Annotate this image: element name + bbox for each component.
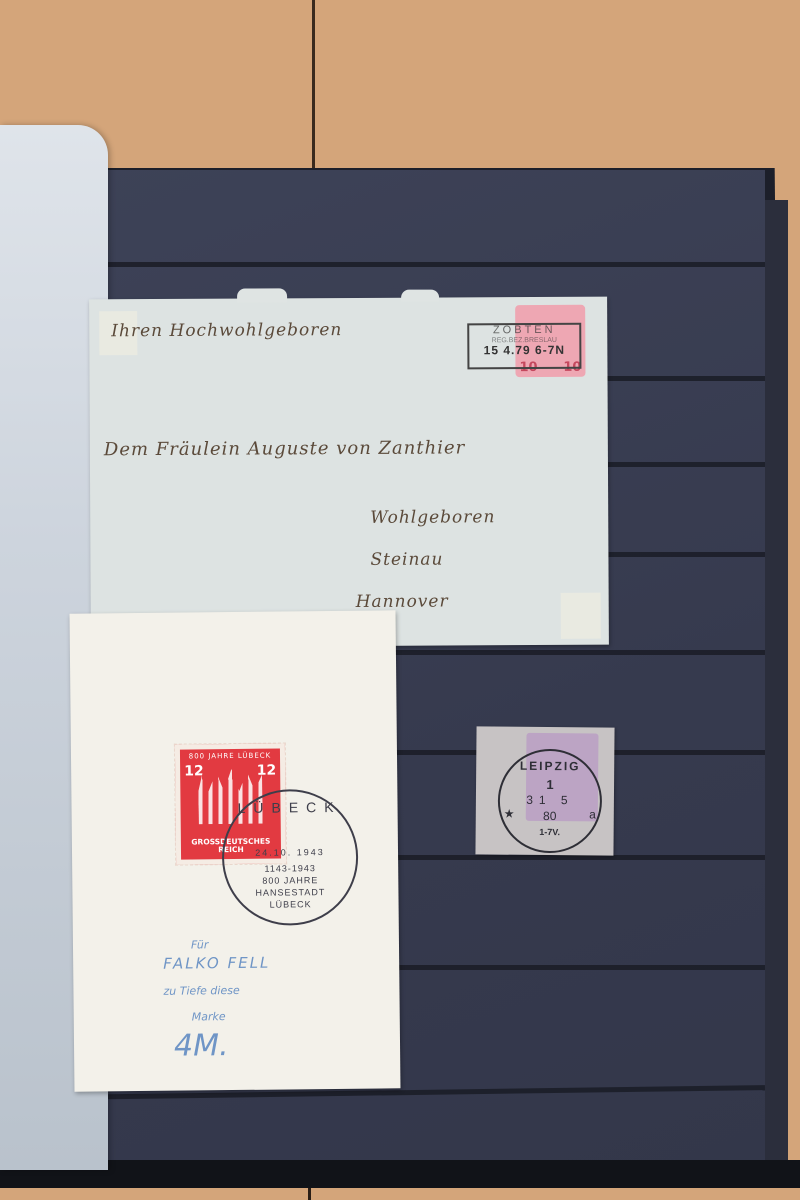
cancel-number: 1	[500, 777, 600, 793]
envelope-flap	[237, 288, 287, 302]
stamp-top-text: 800 JAHRE LÜBECK	[180, 752, 280, 761]
handwritten-note: FALKO FELL	[163, 954, 270, 973]
cancel-town: LEIPZIG	[500, 759, 600, 774]
star-icon: ★	[504, 807, 515, 821]
cancel-hours: 1-7V.	[500, 827, 600, 838]
cancel-district: REG.BEZ.BRESLAU	[469, 336, 579, 344]
souvenir-card[interactable]: 800 JAHRE LÜBECK 12 12 GROSSDEUTSCHES RE…	[70, 610, 401, 1091]
cancel-text: HANSESTADT	[224, 887, 356, 898]
handwritten-price: 4M.	[174, 1028, 229, 1064]
cancel-date: 15 4.79 6-7N	[469, 344, 579, 357]
cancel-town: ZOBTEN	[469, 325, 579, 337]
handwritten-note: Marke	[192, 1010, 226, 1023]
address-line: Hannover	[356, 591, 449, 611]
cancel-date: 24.10. 1943	[224, 847, 356, 858]
address-line: Dem Fräulein Auguste von Zanthier	[104, 437, 465, 460]
address-line: Wohlgeboren	[370, 507, 495, 528]
stamp-value: 12	[257, 763, 277, 779]
cancel-text: 800 JAHRE	[224, 875, 356, 886]
album-binding	[0, 1160, 800, 1188]
cancel-arc: LÜBECK	[223, 799, 355, 816]
address-line: Steinau	[370, 550, 443, 570]
handwritten-note: zu Tiefe diese	[163, 984, 239, 998]
envelope[interactable]: 10 10 ZOBTEN REG.BEZ.BRESLAU 15 4.79 6-7…	[89, 297, 609, 648]
cancel-year: 80	[500, 809, 600, 824]
cancel-text: LÜBECK	[225, 899, 357, 910]
leipzig-cancel: LEIPZIG 1 31 5 80 1-7V. ★ a	[497, 749, 602, 854]
cancel-date: 31 5	[500, 793, 600, 808]
hinge-corner	[561, 593, 601, 639]
box-cancel: ZOBTEN REG.BEZ.BRESLAU 15 4.79 6-7N	[467, 323, 581, 370]
handwritten-note: Für	[191, 938, 209, 951]
address-line: Ihren Hochwohlgeboren	[111, 320, 342, 341]
stamp-value: 12	[184, 763, 204, 779]
table-seam	[312, 0, 315, 175]
commemorative-cancel: LÜBECK 24.10. 1943 1143-1943 800 JAHRE H…	[221, 789, 358, 926]
envelope-flap	[401, 290, 439, 302]
stock-strip	[60, 262, 765, 267]
cancel-suffix: a	[589, 807, 596, 821]
leipzig-stamp-piece[interactable]: LEIPZIG 1 31 5 80 1-7V. ★ a	[475, 726, 614, 855]
cancel-text: 1143-1943	[224, 863, 356, 874]
